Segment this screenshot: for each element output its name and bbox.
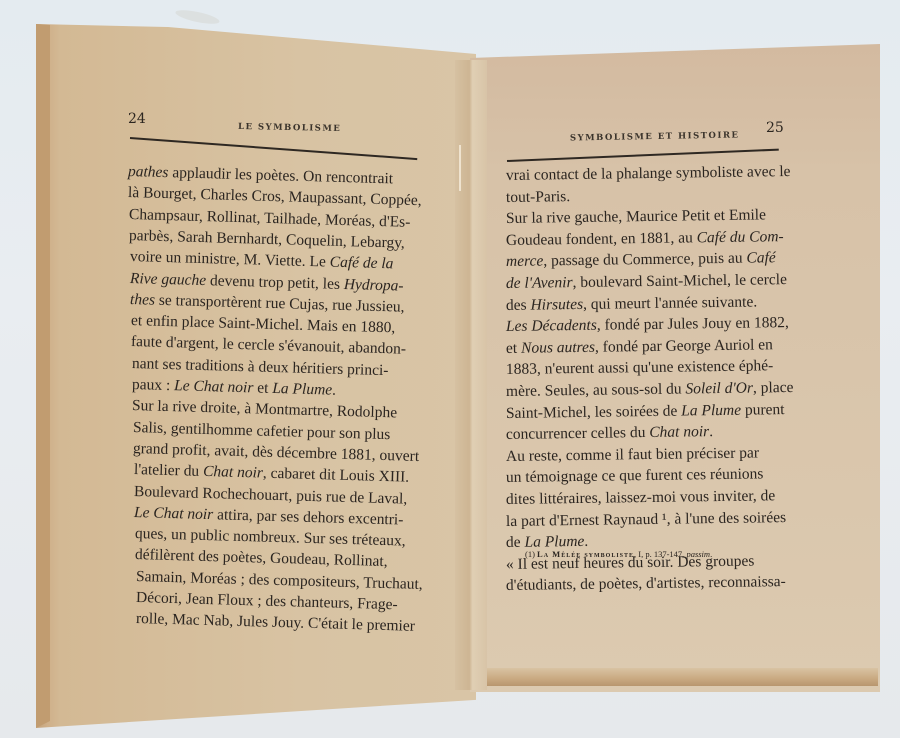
italic-text: Café du Com-	[697, 228, 784, 246]
text: .	[332, 382, 336, 399]
text: vrai contact de la phalange symboliste a…	[506, 163, 791, 184]
footnote-title: La Mêlée symboliste	[537, 549, 634, 559]
binding-thread	[459, 145, 461, 191]
footnote-ref: , I, p. 137-147,	[634, 549, 686, 559]
italic-text: merce	[506, 253, 544, 271]
text: Goudeau fondent, en 1881, au	[506, 229, 697, 249]
text: .	[584, 533, 588, 550]
text: un témoignage ce que furent ces réunions	[506, 466, 764, 487]
italic-text: Hydropa-	[344, 275, 404, 294]
italic-text: Hirsutes	[530, 296, 583, 314]
text: paux :	[132, 376, 175, 394]
text: , passage du Commerce, puis au	[543, 250, 746, 270]
footnote-passim: passim	[686, 549, 710, 559]
italic-text: Chat noir	[202, 463, 262, 482]
text: de	[506, 534, 525, 551]
text-line: Au reste, comme il faut bien préciser pa…	[506, 444, 759, 466]
footnote-marker: (1)	[525, 549, 535, 559]
right-page-bottom-edge	[470, 668, 878, 686]
text-line: Goudeau fondent, en 1881, au Café du Com…	[506, 228, 784, 250]
text: .	[709, 423, 713, 440]
text: concurrencer celles du	[506, 424, 650, 443]
text: 1883, n'eurent aussi qu'une existence ép…	[506, 358, 773, 379]
text-line: tout-Paris.	[506, 188, 570, 207]
text: Saint-Michel, les soirées de	[506, 402, 681, 421]
italic-text: de l'Avenir	[506, 274, 573, 292]
footnote-end: .	[710, 549, 712, 559]
text: , fondé par George Auriol en	[595, 336, 773, 355]
left-page-fore-edge	[36, 24, 50, 728]
text: Au reste, comme il faut bien préciser pa…	[506, 444, 759, 465]
italic-text: Café	[746, 250, 776, 267]
italic-text: Rive gauche	[130, 270, 207, 289]
text: d'étudiants, de poètes, d'artistes, reco…	[506, 573, 786, 594]
italic-text: Soleil d'Or	[685, 380, 753, 398]
italic-text: Les Décadents	[506, 317, 597, 335]
text: tout-Paris.	[506, 188, 570, 206]
text: l'atelier du	[133, 461, 203, 480]
text: dites littéraires, laissez-moi vous invi…	[506, 487, 775, 508]
text: , place	[753, 379, 794, 397]
text: des	[506, 296, 531, 313]
text: purent	[741, 401, 785, 419]
text-line: dites littéraires, laissez-moi vous invi…	[506, 487, 776, 509]
italic-text: Le Chat noir	[134, 504, 214, 523]
text: la part d'Ernest Raynaud ¹, à l'une des …	[506, 509, 786, 530]
italic-text: Café de la	[329, 254, 393, 273]
italic-text: Nous autres	[521, 339, 595, 357]
text-line: la part d'Ernest Raynaud ¹, à l'une des …	[506, 509, 786, 531]
text-line: et Nous autres, fondé par George Auriol …	[506, 336, 773, 358]
text: , boulevard Saint-Michel, le cercle	[572, 271, 787, 291]
text: mère. Seules, au sous-sol du	[506, 380, 686, 400]
italic-text: Le Chat noir	[174, 377, 254, 396]
text: et	[506, 340, 521, 357]
table-surface-stain	[174, 7, 220, 26]
italic-text: pathes	[128, 163, 169, 181]
text-line: concurrencer celles du Chat noir.	[506, 423, 713, 444]
left-running-head: LE SYMBOLISME	[238, 122, 341, 134]
text-line: des Hirsutes, qui meurt l'année suivante…	[506, 293, 757, 315]
text: , fondé par Jules Jouy en 1882,	[597, 314, 789, 334]
text: devenu trop petit, les	[206, 272, 344, 293]
text: , qui meurt l'année suivante.	[583, 293, 757, 312]
left-page-number: 24	[128, 111, 146, 127]
italic-text: thes	[130, 291, 155, 309]
text-line: Saint-Michel, les soirées de La Plume pu…	[506, 401, 785, 423]
italic-text: La Plume	[681, 401, 741, 419]
text: , cabaret dit Louis XIII.	[262, 465, 409, 486]
right-page-number: 25	[766, 120, 784, 136]
text: et	[253, 379, 272, 397]
italic-text: Chat noir	[649, 423, 709, 441]
footnote: (1) La Mêlée symboliste, I, p. 137-147, …	[525, 549, 712, 559]
italic-text: La Plume	[272, 380, 332, 399]
text: Sur la rive gauche, Maurice Petit et Emi…	[506, 207, 766, 228]
